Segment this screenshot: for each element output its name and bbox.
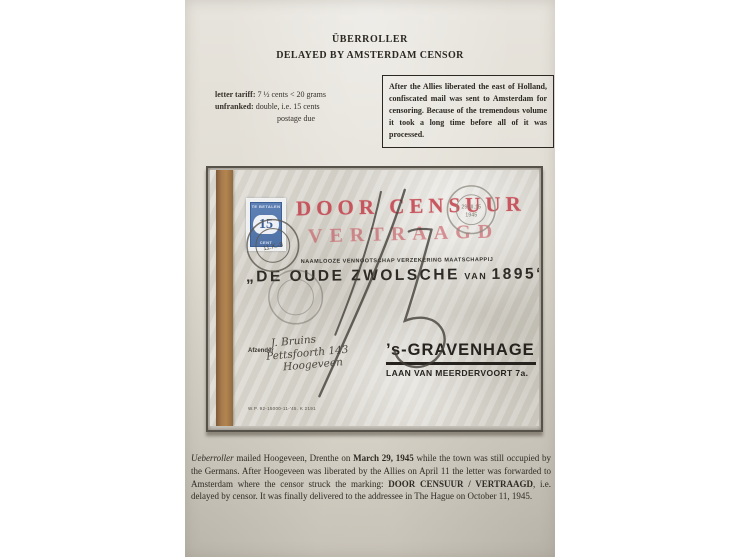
censor-mark-line2: VERTRAAGD [308, 221, 500, 249]
tariff-line-1: letter tariff: 7 ½ cents < 20 grams [215, 89, 375, 101]
address-city: ’s-GRAVENHAGE [386, 341, 538, 360]
tariff-line-3: postage due [215, 113, 375, 125]
page-title: ÜBERROLLER [185, 34, 555, 45]
exhibit-caption: Ueberroller mailed Hoogeveen, Drenthe on… [191, 452, 551, 503]
caption-italic-lead: Ueberroller [191, 453, 234, 463]
tariff-text-1: 7 ½ cents < 20 grams [256, 90, 327, 99]
tariff-line-2: unfranked: double, i.e. 15 cents [215, 101, 375, 113]
company-name: „DE OUDE ZWOLSCHE [246, 266, 460, 285]
stamp-frame: TE BETALEN 15 CENT [250, 202, 282, 247]
stamp-value: 15 [253, 215, 279, 234]
printer-imprint: W.P. 92-15000-11-'45. K 2191 [248, 406, 316, 411]
censor-info-box: After the Allies liberated the east of H… [382, 75, 554, 148]
tariff-note: letter tariff: 7 ½ cents < 20 grams unfr… [215, 89, 375, 125]
caption-text-2: mailed Hoogeveen, Drenthe on [234, 453, 353, 463]
page-subtitle: DELAYED BY AMSTERDAM CENSOR [185, 50, 555, 61]
envelope-mount: TE BETALEN 15 CENT DOOR CENSUUR VERTRAAG… [206, 166, 543, 432]
tariff-label-1: letter tariff: [215, 90, 256, 99]
tariff-text-2: double, i.e. 15 cents [254, 102, 320, 111]
postage-due-stamp: TE BETALEN 15 CENT [246, 198, 286, 251]
company-name-small: NAAMLOOZE VENNOOTSCHAP VERZEKERING MAATS… [265, 257, 529, 266]
sender-handwriting: J. Bruins Pettsfoorth 143 Hoogeveen [270, 331, 350, 375]
address-rule [386, 362, 536, 365]
company-name-large: „DE OUDE ZWOLSCHE VAN 1895“ [246, 265, 535, 286]
caption-bold-date: March 29, 1945 [353, 453, 414, 463]
censor-mark-line1: DOOR CENSUUR [296, 192, 526, 222]
envelope-hinge-strip [216, 170, 233, 426]
envelope: TE BETALEN 15 CENT DOOR CENSUUR VERTRAAG… [210, 170, 539, 426]
address-block: ’s-GRAVENHAGE LAAN VAN MEERDERVOORT 7a. [386, 341, 538, 378]
tariff-label-2: unfranked: [215, 102, 254, 111]
company-year: 1895“ [492, 265, 539, 283]
stamp-bottom-text: CENT [260, 240, 273, 245]
stamp-top-text: TE BETALEN [252, 204, 281, 209]
caption-bold-marking: DOOR CENSUUR / VERTRAAGD [388, 479, 533, 489]
album-page-photo: ÜBERROLLER DELAYED BY AMSTERDAM CENSOR l… [185, 0, 555, 557]
company-van: VAN [464, 271, 487, 281]
address-street: LAAN VAN MEERDERVOORT 7a. [386, 368, 538, 378]
page-header: ÜBERROLLER DELAYED BY AMSTERDAM CENSOR [185, 34, 555, 61]
